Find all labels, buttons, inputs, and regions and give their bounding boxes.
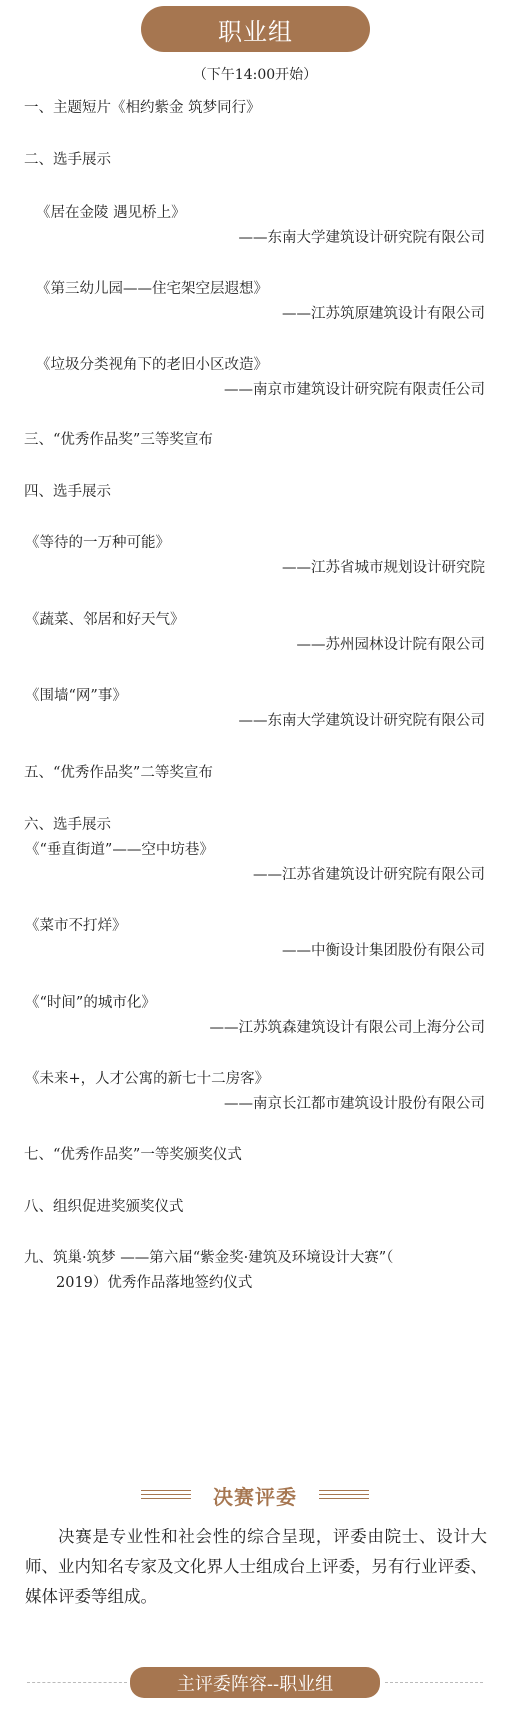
work-title: 《围墙“网”事》 (25, 686, 127, 706)
program-item-4: 四、选手展示 (24, 482, 111, 502)
work-title: 《未来+，人才公寓的新七十二房客》 (25, 1069, 269, 1089)
work-org: ——中衡设计集团股份有限公司 (282, 941, 485, 961)
work-title: 《“时间”的城市化》 (25, 993, 156, 1013)
decorative-lines-left (141, 1488, 191, 1502)
program-item-9-continued: 2019）优秀作品落地签约仪式 (56, 1273, 252, 1293)
program-item-2: 二、选手展示 (24, 150, 111, 170)
judges-section-header: 决赛评委 (0, 1480, 510, 1510)
program-item-5: 五、“优秀作品奖”二等奖宣布 (24, 763, 213, 783)
dashed-divider-left (27, 1682, 127, 1683)
work-title: 《蔬菜、邻居和好天气》 (25, 610, 185, 630)
program-item-3: 三、“优秀作品奖”三等奖宣布 (24, 430, 213, 450)
program-item-6: 六、选手展示 (24, 815, 111, 835)
work-title: 《居在金陵 遇见桥上》 (36, 203, 186, 223)
work-title: 《垃圾分类视角下的老旧小区改造》 (36, 355, 268, 375)
group-title-banner: 职业组 (141, 6, 370, 52)
work-org: ——江苏省建筑设计研究院有限公司 (253, 865, 485, 885)
program-item-1: 一、主题短片《相约紫金 筑梦同行》 (24, 98, 261, 118)
judges-description: 决赛是专业性和社会性的综合呈现，评委由院士、设计大师、业内知名专家及文化界人士组… (25, 1522, 487, 1612)
work-org: ——南京长江都市建筑设计股份有限公司 (224, 1094, 485, 1114)
program-item-9: 九、筑巢·筑梦 ——第六届“紫金奖·建筑及环境设计大赛”（ (24, 1248, 393, 1268)
work-title: 《菜市不打烊》 (25, 916, 127, 936)
program-item-7: 七、“优秀作品奖”一等奖颁奖仪式 (24, 1145, 242, 1165)
main-judges-banner: 主评委阵容--职业组 (130, 1667, 380, 1698)
judges-section-title: 决赛评委 (213, 1481, 297, 1510)
work-title: 《“垂直街道”——空中坊巷》 (25, 840, 214, 860)
group-title: 职业组 (218, 12, 293, 47)
program-item-8: 八、组织促进奖颁奖仪式 (24, 1197, 184, 1217)
work-org: ——江苏省城市规划设计研究院 (282, 558, 485, 578)
start-time: （下午14:00开始） (0, 64, 510, 84)
work-org: ——江苏筑原建筑设计有限公司 (282, 304, 485, 324)
work-org: ——南京市建筑设计研究院有限责任公司 (224, 380, 485, 400)
dashed-divider-right (385, 1682, 483, 1683)
decorative-lines-right (319, 1488, 369, 1502)
main-judges-label: 主评委阵容--职业组 (177, 1670, 333, 1696)
work-org: ——江苏筑森建筑设计有限公司上海分公司 (210, 1018, 486, 1038)
work-org: ——东南大学建筑设计研究院有限公司 (239, 228, 486, 248)
work-title: 《第三幼儿园——住宅架空层遐想》 (36, 279, 268, 299)
work-org: ——苏州园林设计院有限公司 (297, 635, 486, 655)
work-title: 《等待的一万种可能》 (25, 533, 170, 553)
work-org: ——东南大学建筑设计研究院有限公司 (239, 711, 486, 731)
